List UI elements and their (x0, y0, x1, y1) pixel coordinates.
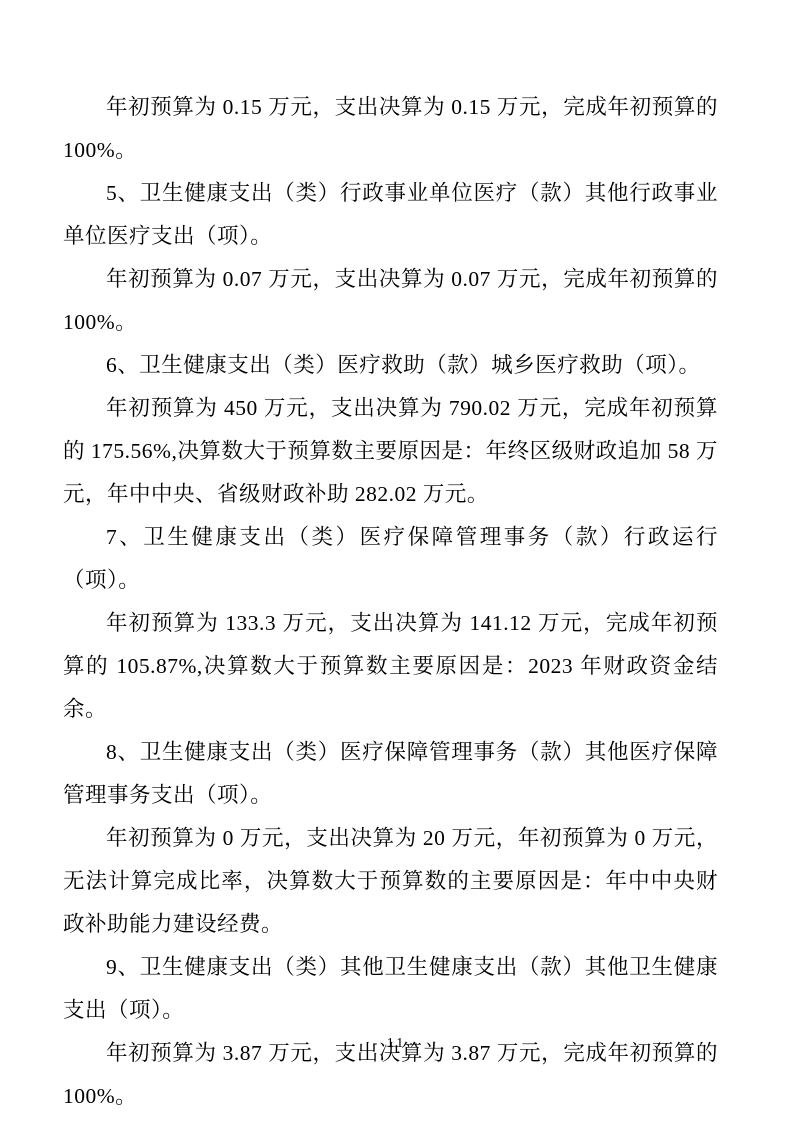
budget-paragraph: 年初预算为 0.07 万元，支出决算为 0.07 万元，完成年初预算的 100%… (63, 258, 718, 344)
budget-paragraph: 年初预算为 0.15 万元，支出决算为 0.15 万元，完成年初预算的 100%… (63, 86, 718, 172)
document-page: 年初预算为 0.15 万元，支出决算为 0.15 万元，完成年初预算的 100%… (0, 0, 793, 1122)
budget-item-heading: 9、卫生健康支出（类）其他卫生健康支出（款）其他卫生健康支出（项）。 (63, 946, 718, 1032)
budget-paragraph: 年初预算为 0 万元，支出决算为 20 万元，年初预算为 0 万元，无法计算完成… (63, 817, 718, 946)
budget-item-heading: 6、卫生健康支出（类）医疗救助（款）城乡医疗救助（项）。 (63, 344, 718, 387)
budget-paragraph: 年初预算为 133.3 万元，支出决算为 141.12 万元，完成年初预算的 1… (63, 602, 718, 731)
budget-paragraph: 年初预算为 450 万元，支出决算为 790.02 万元，完成年初预算的 175… (63, 387, 718, 516)
budget-item-heading: 5、卫生健康支出（类）行政事业单位医疗（款）其他行政事业单位医疗支出（项）。 (63, 172, 718, 258)
budget-item-heading: 7、卫生健康支出（类）医疗保障管理事务（款）行政运行（项）。 (63, 516, 718, 602)
document-body: 年初预算为 0.15 万元，支出决算为 0.15 万元，完成年初预算的 100%… (63, 86, 718, 1118)
page-number: - 11 - (0, 1036, 793, 1052)
budget-item-heading: 8、卫生健康支出（类）医疗保障管理事务（款）其他医疗保障管理事务支出（项）。 (63, 731, 718, 817)
